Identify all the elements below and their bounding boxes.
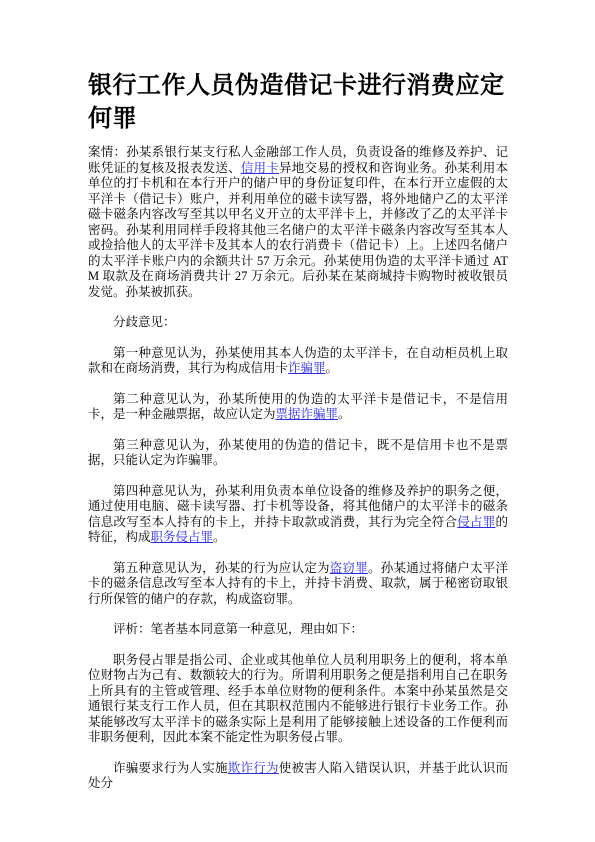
paragraph-analysis-duty-embezzlement: 职务侵占罪是指公司、企业或其他单位人员利用职务上的便利，将本单位财物占为己有、数…	[88, 653, 508, 746]
link-embezzlement-crime[interactable]: 侵占罪	[457, 515, 495, 529]
paragraph-case-facts: 案情：孙某系银行某支行私人金融部工作人员，负责设备的维修及养护、记账凭证的复核及…	[88, 145, 508, 300]
paragraph-opinion-5: 第五种意见认为，孙某的行为应认定为盗窃罪。孙某通过将储户太平洋卡的磁条信息改写至…	[88, 561, 508, 608]
paragraph-opinion-4: 第四种意见认为，孙某利用负责本单位设备的维修及养护的职务之便，通过使用电脑、磁卡…	[88, 484, 508, 546]
paragraph-opinion-3: 第三种意见认为，孙某使用的伪造的借记卡，既不是信用卡也不是票据，只能认定为诈骗罪…	[88, 438, 508, 469]
paragraph-opinion-2: 第二种意见认为，孙某所使用的伪造的太平洋卡是借记卡，不是信用卡，是一种金融票据，…	[88, 392, 508, 423]
text-run: 诈骗要求行为人实施	[113, 761, 228, 775]
text-run: 。	[326, 361, 339, 375]
text-run: 职务侵占罪是指公司、企业或其他单位人员利用职务上的便利，将本单位财物占为己有、数…	[88, 653, 508, 745]
text-run: 。	[338, 407, 351, 421]
text-run: 异地交易的授权和咨询业务。孙某利用本单位的打卡机和在本行开户的储户甲的身份证复印…	[88, 161, 508, 299]
text-run: 。	[213, 530, 226, 544]
text-run: 第三种意见认为，孙某使用的伪造的借记卡，既不是信用卡也不是票据，只能认定为诈骗罪…	[88, 438, 508, 468]
link-fraud-crime[interactable]: 诈骗罪	[288, 361, 326, 375]
link-bill-fraud-crime[interactable]: 票据诈骗罪	[276, 407, 339, 421]
paragraph-analysis-fraud: 诈骗要求行为人实施欺诈行为使被害人陷入错误认识，并基于此认识而处分	[88, 761, 508, 792]
link-theft-crime[interactable]: 盗窃罪	[330, 561, 368, 575]
link-credit-card[interactable]: 信用卡	[241, 161, 279, 175]
paragraph-dissent-heading: 分歧意见：	[88, 315, 508, 331]
text-run: 评析：笔者基本同意第一种意见，理由如下：	[113, 622, 363, 636]
text-run: 第四种意见认为，孙某利用负责本单位设备的维修及养护的职务之便，通过使用电脑、磁卡…	[88, 484, 508, 529]
text-run: 分歧意见：	[113, 315, 176, 329]
link-duty-embezzlement-crime[interactable]: 职务侵占罪	[151, 530, 214, 544]
text-run: 第五种意见认为，孙某的行为应认定为	[113, 561, 330, 575]
link-deceitful-act[interactable]: 欺诈行为	[228, 761, 279, 775]
document-page: 银行工作人员伪造借记卡进行消费应定何罪 案情：孙某系银行某支行私人金融部工作人员…	[0, 0, 595, 842]
paragraph-commentary-heading: 评析：笔者基本同意第一种意见，理由如下：	[88, 622, 508, 638]
page-title: 银行工作人员伪造借记卡进行消费应定何罪	[88, 70, 508, 136]
paragraph-opinion-1: 第一种意见认为，孙某使用其本人伪造的太平洋卡，在自动柜员机上取款和在商场消费，其…	[88, 346, 508, 377]
